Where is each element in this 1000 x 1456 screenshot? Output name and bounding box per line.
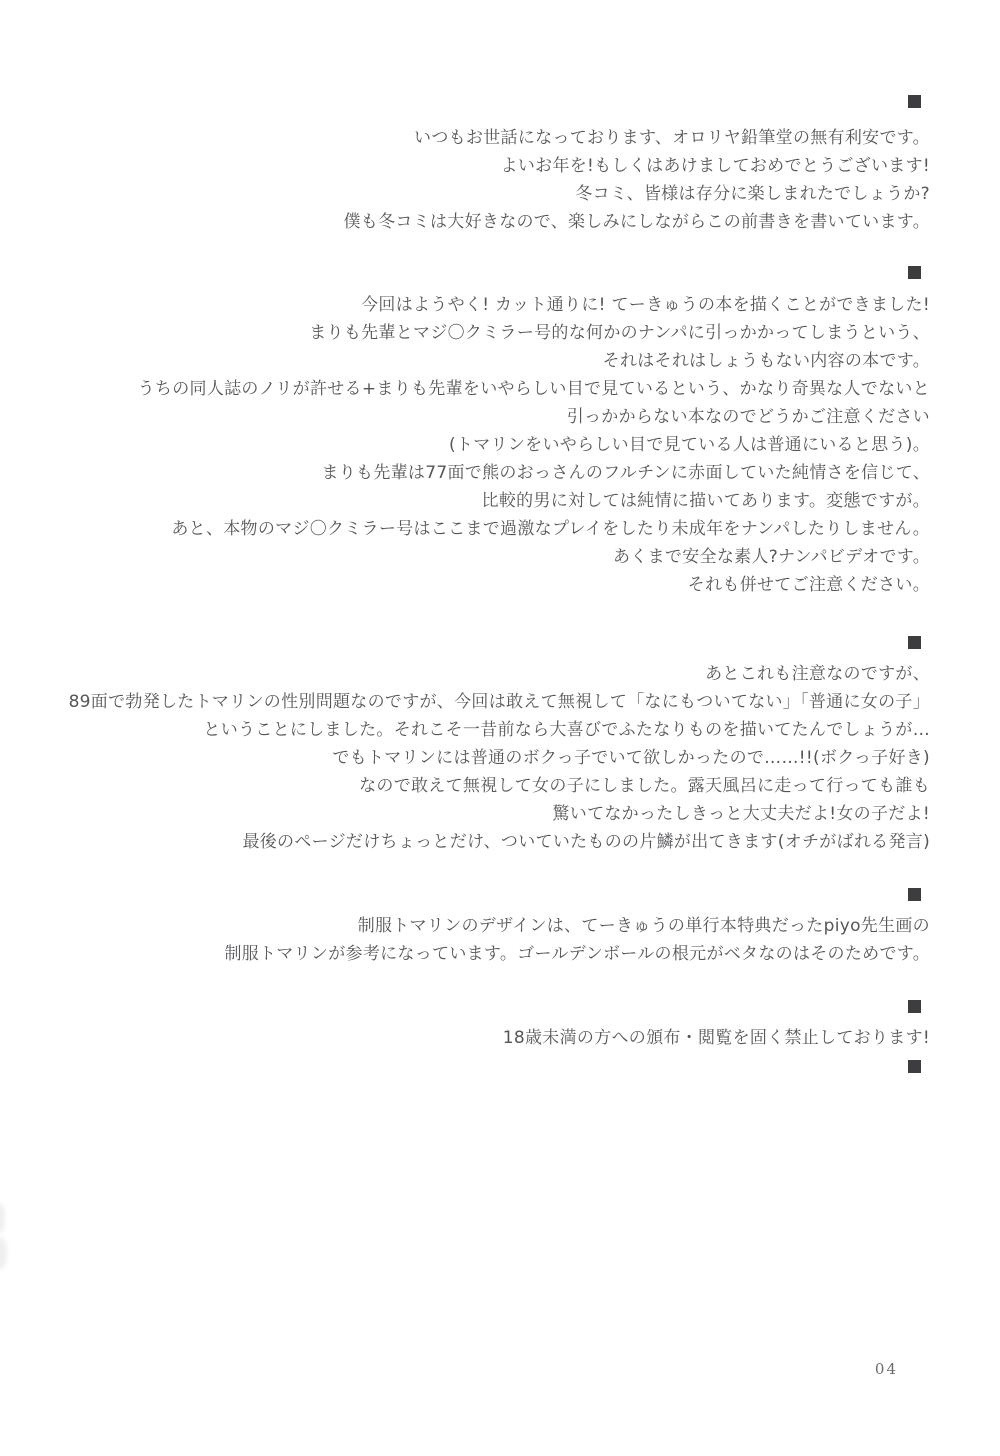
scan-binding-artifact <box>0 1237 7 1269</box>
text-line: あと、本物のマジ〇クミラー号はここまで過激なプレイをしたり未成年をナンパしたりし… <box>0 515 930 543</box>
text-line: 引っかからない本なのでどうかご注意ください <box>0 403 930 431</box>
text-line: 89面で勃発したトマリンの性別問題なのですが、今回は敢えて無視して「なにもついて… <box>0 688 930 716</box>
square-bullet-icon <box>908 95 921 108</box>
page-number: 04 <box>875 1360 898 1378</box>
text-line: よいお年を!もしくはあけましておめでとうございます! <box>0 152 930 180</box>
text-line: 比較的男に対しては純情に描いてあります。変態ですが。 <box>0 487 930 515</box>
text-line: まりも先輩は77面で熊のおっさんのフルチンに赤面していた純情さを信じて、 <box>0 459 930 487</box>
scanned-afterword-page: いつもお世話になっております、オロリヤ鉛筆堂の無有利安です。よいお年を!もしくは… <box>0 0 1000 1456</box>
scan-binding-artifact <box>0 1203 5 1233</box>
text-line: ということにしました。それこそ一昔前なら大喜びでふたなりものを描いてたんでしょう… <box>0 716 930 744</box>
text-line: いつもお世話になっております、オロリヤ鉛筆堂の無有利安です。 <box>0 124 930 152</box>
text-line: 驚いてなかったしきっと大丈夫だよ!女の子だよ! <box>0 800 930 828</box>
text-line: (トマリンをいやらしい目で見ている人は普通にいると思う)。 <box>0 431 930 459</box>
text-line: 僕も冬コミは大好きなので、楽しみにしながらこの前書きを書いています。 <box>0 208 930 236</box>
text-line: 制服トマリンのデザインは、てーきゅうの単行本特典だったpiyo先生画の <box>0 912 930 940</box>
text-line: 最後のページだけちょっとだけ、ついていたものの片鱗が出てきます(オチがばれる発言… <box>0 828 930 856</box>
paragraph-block: あとこれも注意なのですが、89面で勃発したトマリンの性別問題なのですが、今回は敢… <box>0 660 930 856</box>
text-line: なので敢えて無視して女の子にしました。露天風呂に走って行っても誰も <box>0 772 930 800</box>
text-line: でもトマリンには普通のボクっ子でいて欲しかったので……!!(ボクっ子好き) <box>0 744 930 772</box>
text-line: 制服トマリンが参考になっています。ゴールデンボールの根元がベタなのはそのためです… <box>0 940 930 968</box>
text-line: うちの同人誌のノリが許せる+まりも先輩をいやらしい目で見ているという、かなり奇異… <box>0 375 930 403</box>
square-bullet-icon <box>908 1000 921 1013</box>
text-line: 冬コミ、皆様は存分に楽しまれたでしょうか? <box>0 180 930 208</box>
paragraph-block: 制服トマリンのデザインは、てーきゅうの単行本特典だったpiyo先生画の制服トマリ… <box>0 912 930 968</box>
paragraph-block: 今回はようやく! カット通りに! てーきゅうの本を描くことができました!まりも先… <box>0 291 930 599</box>
text-line: あくまで安全な素人?ナンパビデオです。 <box>0 543 930 571</box>
text-line: まりも先輩とマジ〇クミラー号的な何かのナンパに引っかかってしまうという、 <box>0 319 930 347</box>
square-bullet-icon <box>908 636 921 649</box>
text-line: 18歳未満の方への頒布・閲覧を固く禁止しております! <box>0 1024 930 1052</box>
text-line: それも併せてご注意ください。 <box>0 571 930 599</box>
text-line: あとこれも注意なのですが、 <box>0 660 930 688</box>
square-bullet-icon <box>908 1060 921 1073</box>
square-bullet-icon <box>908 888 921 901</box>
text-line: 今回はようやく! カット通りに! てーきゅうの本を描くことができました! <box>0 291 930 319</box>
text-line: それはそれはしょうもない内容の本です。 <box>0 347 930 375</box>
square-bullet-icon <box>908 266 921 279</box>
paragraph-block: いつもお世話になっております、オロリヤ鉛筆堂の無有利安です。よいお年を!もしくは… <box>0 124 930 236</box>
paragraph-block: 18歳未満の方への頒布・閲覧を固く禁止しております! <box>0 1024 930 1052</box>
